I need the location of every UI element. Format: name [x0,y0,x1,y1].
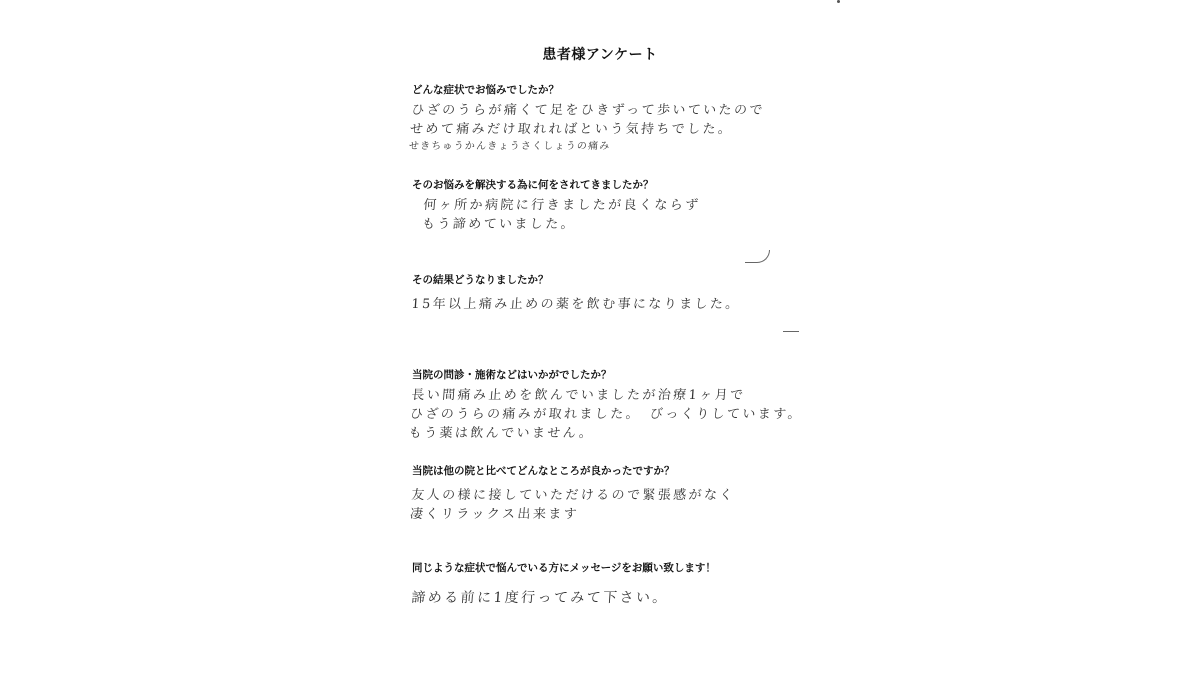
handwritten-answer: 何ヶ所か病院に行きましたが良くならず もう諦めていました。 [421,196,812,234]
answer-line: 長い間痛み止めを飲んでいましたが治療1ヶ月で [411,386,812,405]
survey-section-comparison: 当院は他の院と比べてどんなところが良かったですか？ 友人の様に接していただけるの… [412,463,812,524]
question-label: その結果どうなりましたか？ [412,272,812,287]
answer-line: 15年以上痛み止めの薬を飲む事になりました。 [411,295,812,314]
handwritten-answer: 諦める前に1度行ってみて下さい。 [411,589,812,608]
question-label: そのお悩みを解決する為に何をされてきましたか？ [412,177,812,192]
answer-line: 何ヶ所か病院に行きましたが良くならず [423,196,812,215]
survey-section-result: その結果どうなりましたか？ 15年以上痛み止めの薬を飲む事になりました。 [412,272,812,314]
survey-section-treatment-impression: 当院の問診・施術などはいかがでしたか？ 長い間痛み止めを飲んでいましたが治療1ヶ… [412,367,812,443]
question-label: どんな症状でお悩みでしたか？ [412,82,812,97]
question-label: 当院の問診・施術などはいかがでしたか？ [412,367,812,382]
answer-line: せきちゅうかんきょうさくしょうの痛み [408,139,809,155]
survey-section-symptoms: どんな症状でお悩みでしたか？ ひざのうらが痛くて足をひきずって歩いていたので せ… [412,82,812,155]
answer-line: ひざのうらが痛くて足をひきずって歩いていたので [411,101,812,120]
answer-line: 諦める前に1度行ってみて下さい。 [411,589,812,608]
handwritten-answer: 15年以上痛み止めの薬を飲む事になりました。 [411,295,812,314]
answer-line: せめて痛みだけ取れればという気持ちでした。 [409,120,810,139]
answer-line: ひざのうらの痛みが取れました。 びっくりしています。 [409,405,810,424]
handwritten-answer: 長い間痛み止めを飲んでいましたが治療1ヶ月で ひざのうらの痛みが取れました。 び… [408,386,812,443]
answer-line: 友人の様に接していただけるので緊張感がなく [411,486,812,505]
page-title: 患者様アンケート [0,44,1200,64]
survey-section-message: 同じような症状で悩んでいる方にメッセージをお願い致します！ 諦める前に1度行って… [412,560,812,608]
answer-line: もう諦めていました。 [421,215,810,234]
question-label: 当院は他の院と比べてどんなところが良かったですか？ [412,463,812,478]
handwritten-answer: ひざのうらが痛くて足をひきずって歩いていたので せめて痛みだけ取れればという気持… [408,101,812,155]
answer-line: 凄くリラックス出来ます [409,505,810,524]
survey-page: 患者様アンケート どんな症状でお悩みでしたか？ ひざのうらが痛くて足をひきずって… [0,0,1200,675]
survey-section-previous-efforts: そのお悩みを解決する為に何をされてきましたか？ 何ヶ所か病院に行きましたが良くな… [412,177,812,234]
scan-dot [837,0,840,3]
stray-pen-mark [783,331,799,332]
answer-line: もう薬は飲んでいません。 [408,424,809,443]
handwritten-answer: 友人の様に接していただけるので緊張感がなく 凄くリラックス出来ます [409,486,812,524]
question-label: 同じような症状で悩んでいる方にメッセージをお願い致します！ [412,560,812,575]
stray-pen-mark [745,250,770,263]
